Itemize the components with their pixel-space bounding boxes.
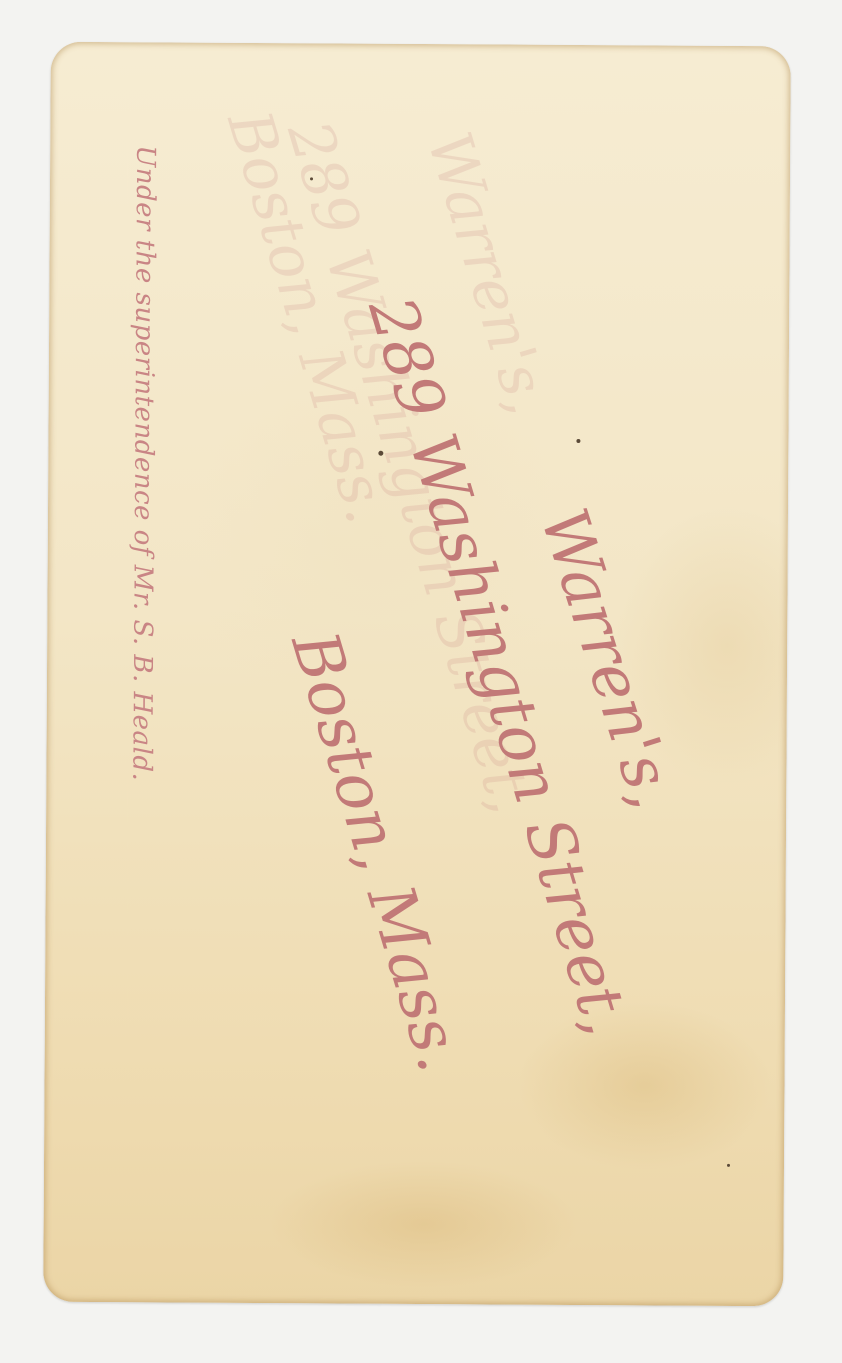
paper-speck bbox=[310, 177, 313, 180]
paper-speck bbox=[727, 1164, 730, 1167]
photo-card-back: Warren's, 289 Washington Street, Boston,… bbox=[43, 42, 791, 1306]
paper-speck bbox=[576, 439, 580, 443]
superintendence-line: Under the superintendence of Mr. S. B. H… bbox=[126, 145, 160, 781]
paper-speck bbox=[378, 451, 383, 456]
